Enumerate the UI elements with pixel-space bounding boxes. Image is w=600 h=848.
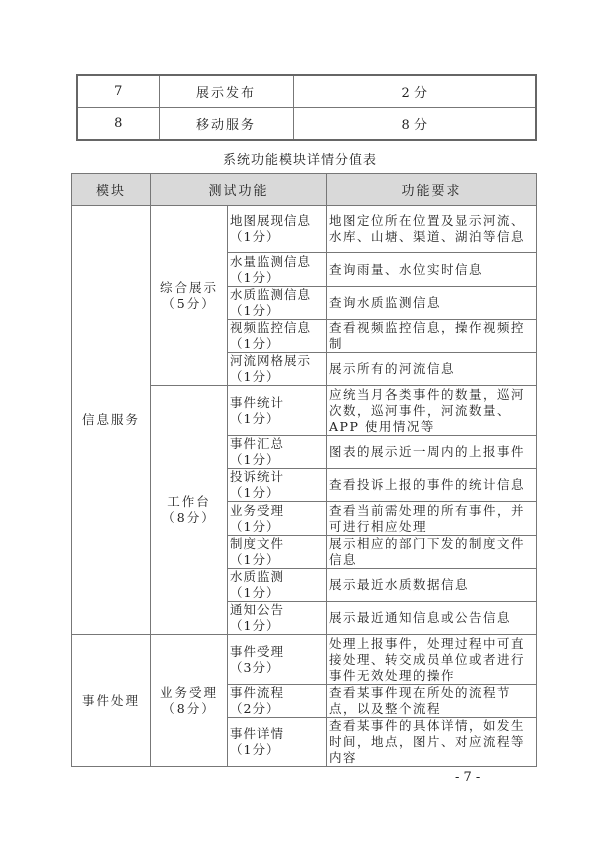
function-score: （1分） [230,485,324,501]
group-cell: 综合展示 （5分） [151,206,228,386]
function-cell: 视频监控信息 （1分） [228,320,327,353]
function-name: 水量监测信息 [230,254,324,270]
table-row: 8 移动服务 8 分 [77,108,536,141]
row-item: 移动服务 [159,108,293,141]
group-name: 工作台 [153,494,225,510]
row-score: 8 分 [293,108,536,141]
function-score: （1分） [230,411,324,427]
requirement-cell: 查询水质监测信息 [327,287,537,320]
function-score: （1分） [230,303,324,319]
group-name: 综合展示 [153,280,225,296]
function-cell: 业务受理 （1分） [228,502,327,536]
table-caption: 系统功能模块详情分值表 [0,149,600,168]
group-cell: 业务受理 （8分） [151,635,228,767]
function-cell: 投诉统计 （1分） [228,469,327,502]
function-score: （1分） [230,519,324,535]
header-requirement: 功能要求 [327,174,537,206]
function-score: （1分） [230,336,324,352]
score-summary-table: 7 展示发布 2 分 8 移动服务 8 分 [76,74,537,141]
function-name: 事件统计 [230,395,324,411]
group-name: 业务受理 [153,685,225,701]
function-name: 水质监测信息 [230,287,324,303]
function-cell: 事件流程 （2分） [228,685,327,718]
function-cell: 水质监测 （1分） [228,569,327,602]
function-name: 地图展现信息 [230,213,324,229]
function-cell: 事件详情 （1分） [228,718,327,767]
function-score: （3分） [230,660,324,676]
page-number: - 7 - [455,770,480,785]
function-score: （1分） [230,369,324,385]
header-module: 模块 [72,174,151,206]
header-row: 模块 测试功能 功能要求 [72,174,537,206]
row-score: 2 分 [293,75,536,108]
header-test-function: 测试功能 [151,174,327,206]
function-cell: 通知公告 （1分） [228,602,327,635]
requirement-cell: 查看投诉上报的事件的统计信息 [327,469,537,502]
requirement-cell: 查看某事件的具体详情，如发生时间，地点，图片、对应流程等内容 [327,718,537,767]
group-score: （8分） [153,701,225,717]
requirement-cell: 查看视频监控信息，操作视频控制 [327,320,537,353]
function-score: （1分） [230,618,324,634]
row-item: 展示发布 [159,75,293,108]
function-name: 水质监测 [230,569,324,585]
group-cell: 工作台 （8分） [151,386,228,635]
function-name: 河流网格展示 [230,353,324,369]
module-detail-table: 模块 测试功能 功能要求 信息服务 综合展示 （5分） 地图展现信息 （1分） … [71,173,537,767]
requirement-cell: 图表的展示近一周内的上报事件 [327,436,537,469]
module-name: 信息服务 [72,206,151,635]
row-number: 8 [77,108,159,141]
requirement-cell: 展示相应的部门下发的制度文件信息 [327,536,537,569]
function-score: （1分） [230,452,324,468]
function-score: （1分） [230,270,324,286]
function-score: （1分） [230,585,324,601]
module-name: 事件处理 [72,635,151,767]
function-name: 事件详情 [230,726,324,742]
function-cell: 水量监测信息 （1分） [228,253,327,287]
requirement-cell: 展示所有的河流信息 [327,353,537,386]
function-cell: 事件汇总 （1分） [228,436,327,469]
requirement-cell: 查询雨量、水位实时信息 [327,253,537,287]
requirement-cell: 查看某事件现在所处的流程节点，以及整个流程 [327,685,537,718]
function-score: （1分） [230,742,324,758]
function-score: （1分） [230,229,324,245]
row-number: 7 [77,75,159,108]
function-cell: 事件受理 （3分） [228,635,327,685]
function-name: 视频监控信息 [230,320,324,336]
requirement-cell: 查看当前需处理的所有事件，并可进行相应处理 [327,502,537,536]
table-row: 事件处理 业务受理 （8分） 事件受理 （3分） 处理上报事件，处理过程中可直接… [72,635,537,685]
requirement-cell: 应统当月各类事件的数量，巡河次数，巡河事件，河流数量、APP 使用情况等 [327,386,537,436]
requirement-cell: 地图定位所在位置及显示河流、水库、山塘、渠道、湖泊等信息 [327,206,537,253]
function-name: 业务受理 [230,503,324,519]
function-cell: 事件统计 （1分） [228,386,327,436]
function-name: 事件流程 [230,685,324,701]
function-name: 投诉统计 [230,469,324,485]
requirement-cell: 展示最近水质数据信息 [327,569,537,602]
table-row: 信息服务 综合展示 （5分） 地图展现信息 （1分） 地图定位所在位置及显示河流… [72,206,537,253]
group-score: （5分） [153,296,225,312]
function-score: （1分） [230,552,324,568]
function-cell: 地图展现信息 （1分） [228,206,327,253]
function-score: （2分） [230,701,324,717]
function-name: 通知公告 [230,602,324,618]
function-name: 事件受理 [230,644,324,660]
table-row: 7 展示发布 2 分 [77,75,536,108]
group-score: （8分） [153,510,225,526]
function-name: 制度文件 [230,536,324,552]
function-cell: 制度文件 （1分） [228,536,327,569]
requirement-cell: 处理上报事件，处理过程中可直接处理、转交成员单位或者进行事件无效处理的操作 [327,635,537,685]
requirement-cell: 展示最近通知信息或公告信息 [327,602,537,635]
function-name: 事件汇总 [230,436,324,452]
function-cell: 河流网格展示 （1分） [228,353,327,386]
function-cell: 水质监测信息 （1分） [228,287,327,320]
